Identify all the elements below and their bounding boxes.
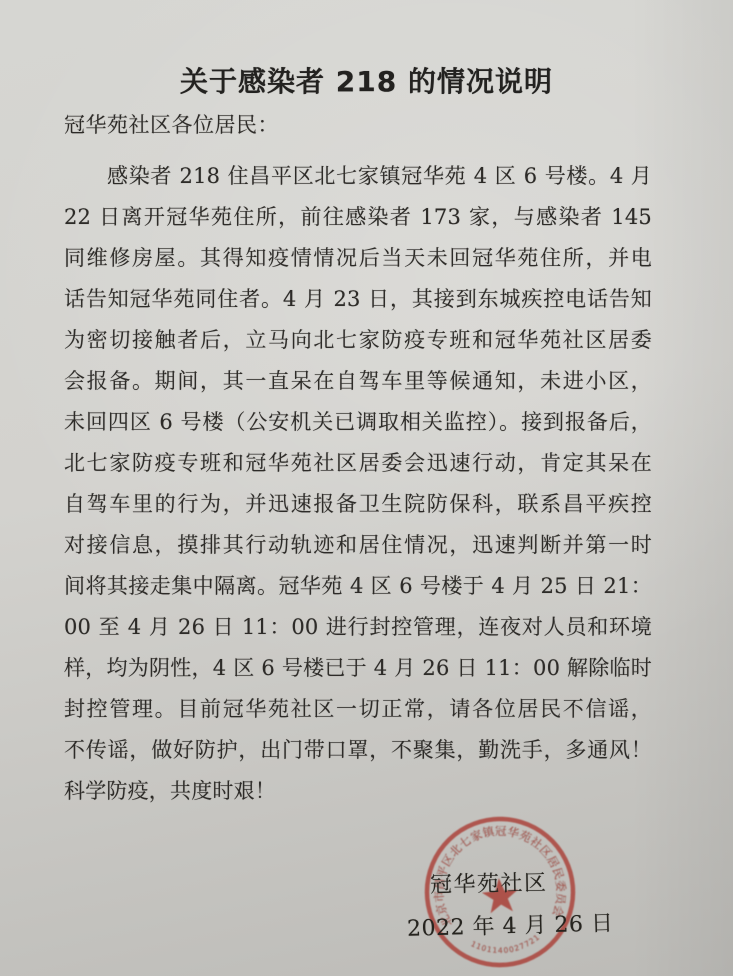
body-line: 同维修房屋。其得知疫情情况后当天未回冠华苑住所，并电 — [64, 238, 652, 279]
body-line: 对接信息，摸排其行动轨迹和居住情况，迅速判断并第一时 — [64, 525, 652, 566]
signature-date: 2022 年 4 月 26 日 — [407, 906, 614, 942]
body-line: 为密切接触者后，立马向北七家防疫专班和冠华苑社区居委 — [64, 320, 652, 361]
body-line: 科学防疫，共度时艰！ — [64, 771, 652, 812]
body-line: 22 日离开冠华苑住所，前往感染者 173 家，与感染者 145 共 — [64, 197, 652, 238]
body-line: 不传谣，做好防护，出门带口罩，不聚集，勤洗手，多通风！ — [64, 730, 652, 771]
body-line: 北七家防疫专班和冠华苑社区居委会迅速行动，肯定其呆在 — [64, 443, 652, 484]
body-line: 话告知冠华苑同住者。4 月 23 日，其接到东城疾控电话告知 — [64, 279, 652, 320]
body-line: 未回四区 6 号楼（公安机关已调取相关监控）。接到报备后， — [64, 402, 652, 443]
body-line: 00 至 4 月 26 日 11：00 进行封控管理，连夜对人员和环境采 — [64, 607, 652, 648]
body-line: 样，均为阴性，4 区 6 号楼已于 4 月 26 日 11：00 解除临时 — [64, 648, 652, 689]
body-line: 自驾车里的行为，并迅速报备卫生院防保科，联系昌平疾控 — [64, 484, 652, 525]
document-photo: 关于感染者 218 的情况说明 冠华苑社区各位居民： 感染者 218 住昌平区北… — [0, 0, 733, 976]
body-line: 会报备。期间，其一直呆在自驾车里等候通知，未进小区， — [64, 361, 652, 402]
document-title: 关于感染者 218 的情况说明 — [0, 60, 733, 100]
body-text: 感染者 218 住昌平区北七家镇冠华苑 4 区 6 号楼。4 月 22 日离开冠… — [64, 156, 652, 812]
body-line: 封控管理。目前冠华苑社区一切正常，请各位居民不信谣， — [64, 689, 652, 730]
salutation: 冠华苑社区各位居民： — [64, 109, 279, 139]
body-line: 间将其接走集中隔离。冠华苑 4 区 6 号楼于 4 月 25 日 21： — [64, 566, 652, 607]
body-line: 感染者 218 住昌平区北七家镇冠华苑 4 区 6 号楼。4 月 — [64, 156, 652, 197]
signature-name: 冠华苑社区 — [430, 866, 548, 899]
